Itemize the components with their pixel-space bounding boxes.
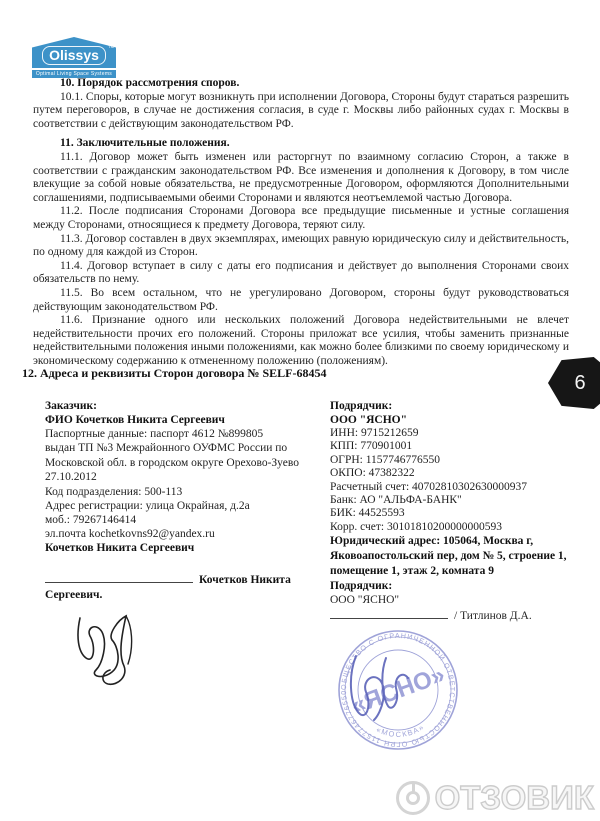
contractor-inn: ИНН: 9715212659	[330, 427, 592, 440]
contractor-corr: Корр. счет: 30101810200000000593	[330, 521, 592, 534]
olissys-logo-word: Olissys	[42, 46, 106, 65]
contract-scan-page: Olissys TM Optimal Living Space Systems …	[0, 0, 600, 821]
contractor-signature-ink	[342, 650, 437, 735]
contractor-account: Расчетный счет: 40702810302630000937	[330, 481, 592, 494]
olissys-house-icon: Olissys TM	[32, 37, 116, 68]
customer-signature-ink	[62, 606, 182, 706]
clause-11-4: 11.4. Договор вступает в силу с даты его…	[33, 260, 569, 287]
otzovik-power-icon-stem	[412, 783, 415, 792]
page-number: 6	[574, 372, 585, 395]
customer-passport: Паспортные данные: паспорт 4612 №899805	[45, 427, 313, 441]
contractor-company: ООО "ЯСНО"	[330, 413, 592, 427]
clause-11-3: 11.3. Договор составлен в двух экземпляр…	[33, 233, 569, 260]
contractor-legal-address-3: помещение 1, этаж 2, комната 9	[330, 564, 592, 579]
clause-11-2: 11.2. После подписания Сторонами Договор…	[33, 205, 569, 232]
customer-signature-row: Кочетков Никита	[45, 571, 313, 587]
customer-reg-address: Адрес регистрации: улица Окрайная, д.2а	[45, 499, 313, 513]
contractor-label: Подрядчик:	[330, 399, 592, 413]
contractor-bank: Банк: АО "АЛЬФА-БАНК"	[330, 494, 592, 507]
customer-name: ФИО Кочетков Никита Сергеевич	[45, 413, 313, 427]
section-11-heading: 11. Заключительные положения.	[33, 137, 569, 151]
contractor-legal-address-2: Яковоапостольский пер, дом № 5, строение…	[330, 549, 592, 564]
contractor-ogrn: ОГРН: 1157746776550	[330, 454, 592, 467]
customer-mobile: моб.: 79267146414	[45, 513, 313, 527]
customer-signature-caption-2: Сергеевич.	[45, 588, 313, 602]
olissys-logo: Olissys TM Optimal Living Space Systems	[32, 37, 116, 78]
otzovik-watermark-text: ОТЗОВИК	[435, 779, 594, 817]
clause-10-1: 10.1. Споры, которые могут возникнуть пр…	[33, 91, 569, 132]
clause-11-5: 11.5. Во всем остальном, что не урегулир…	[33, 287, 569, 314]
contractor-bik: БИК: 44525593	[330, 507, 592, 520]
customer-signatory-name: Кочетков Никита Сергеевич	[45, 541, 313, 555]
customer-passport-issued: выдан ТП №3 Межрайонного ОУФМС России по…	[45, 441, 313, 485]
customer-column: Заказчик: ФИО Кочетков Никита Сергеевич …	[45, 399, 313, 602]
otzovik-power-icon	[396, 781, 430, 815]
contractor-sign-company: ООО "ЯСНО"	[330, 593, 592, 607]
contractor-signature-caption: / Титлинов Д.А.	[454, 610, 532, 622]
customer-signature-line	[45, 571, 193, 583]
customer-unit-code: Код подразделения: 500-113	[45, 485, 313, 499]
section-12-heading: 12. Адреса и реквизиты Сторон договора №…	[22, 366, 462, 381]
contractor-signature-row: / Титлинов Д.А.	[330, 607, 592, 623]
trademark-symbol: TM	[108, 44, 114, 49]
contractor-kpp: КПП: 770901001	[330, 440, 592, 453]
customer-email: эл.почта kochetkovns92@yandex.ru	[45, 527, 313, 541]
otzovik-power-icon-inner	[406, 791, 420, 805]
contractor-legal-address-1: Юридический адрес: 105064, Москва г,	[330, 534, 592, 549]
otzovik-watermark: ОТЗОВИК	[396, 779, 594, 817]
customer-label: Заказчик:	[45, 399, 313, 413]
clause-11-6: 11.6. Признание одного или нескольких по…	[33, 314, 569, 368]
contractor-okpo: ОКПО: 47382322	[330, 467, 592, 480]
contract-text-block: 10. Порядок рассмотрения споров. 10.1. С…	[33, 77, 569, 368]
clause-11-1: 11.1. Договор может быть изменен или рас…	[33, 151, 569, 205]
contractor-signature-line	[330, 607, 448, 619]
contractor-sign-label: Подрядчик:	[330, 579, 592, 593]
section-10-heading: 10. Порядок рассмотрения споров.	[33, 77, 569, 91]
customer-signature-caption: Кочетков Никита	[199, 574, 291, 586]
contractor-column: Подрядчик: ООО "ЯСНО" ИНН: 9715212659 КП…	[330, 399, 592, 623]
